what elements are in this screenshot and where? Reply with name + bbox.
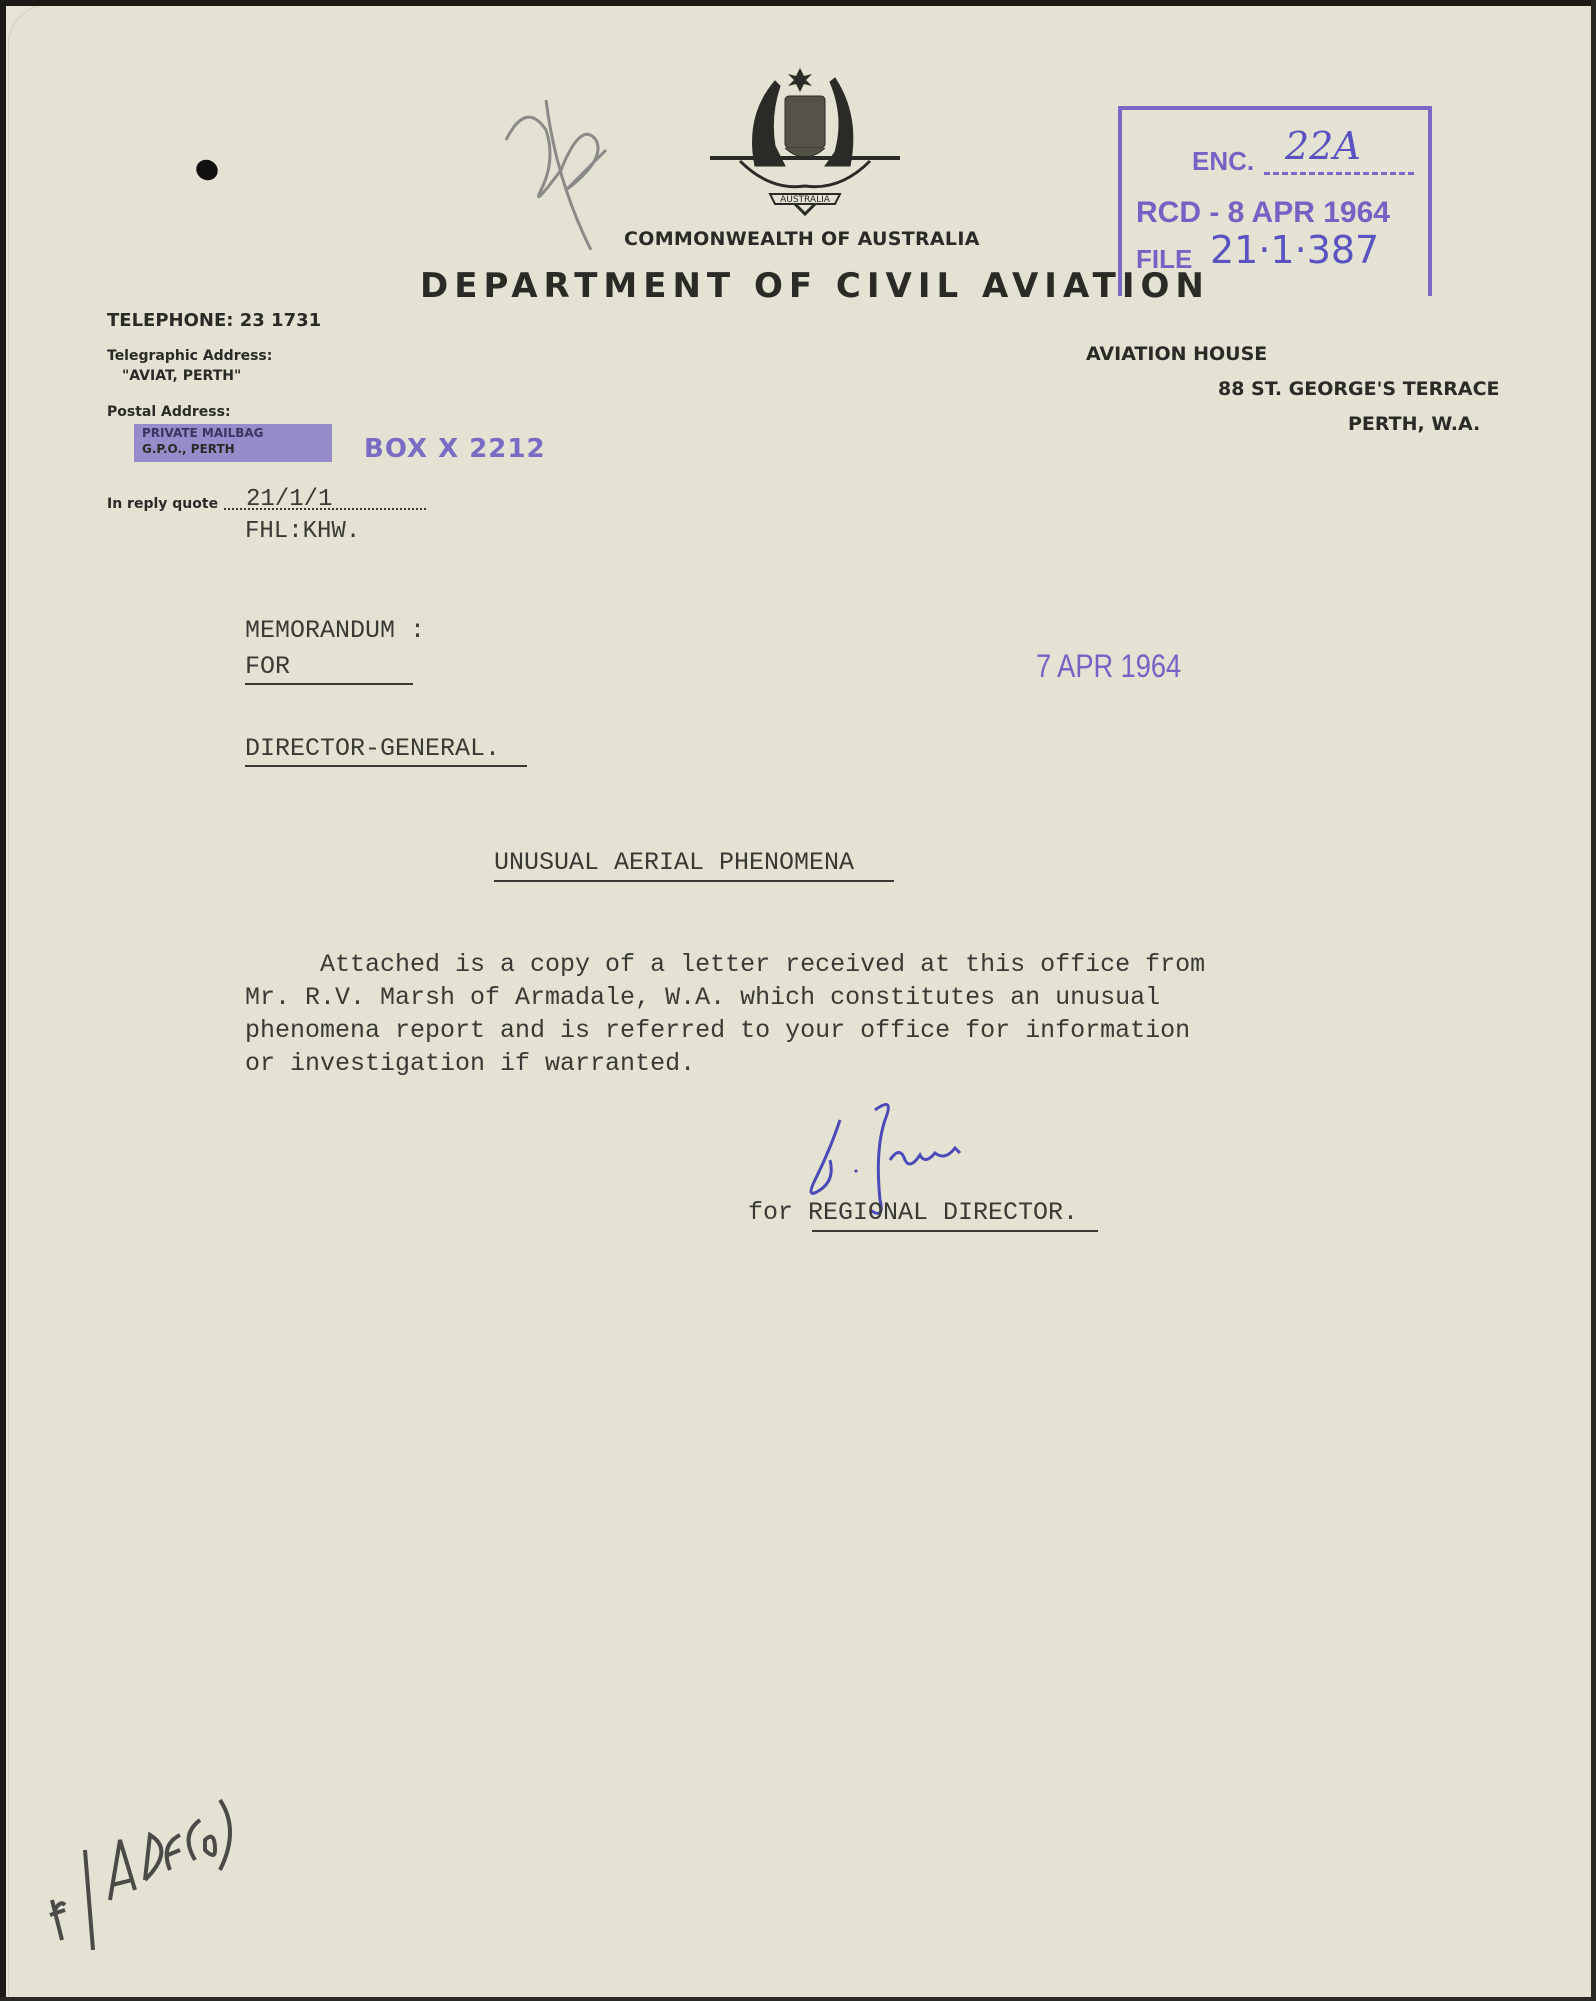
coat-of-arms-icon: AUSTRALIA <box>700 66 910 216</box>
received-date: RCD - 8 APR 1964 <box>1136 196 1390 230</box>
commonwealth-heading: COMMONWEALTH OF AUSTRALIA <box>624 228 980 250</box>
file-number: 21·1·387 <box>1210 228 1379 272</box>
svg-text:AUSTRALIA: AUSTRALIA <box>780 195 831 205</box>
for-underline <box>245 683 413 685</box>
scan-border-left <box>0 0 6 2001</box>
address-line-1: AVIATION HOUSE <box>1086 343 1267 365</box>
enc-line <box>1264 172 1414 175</box>
department-heading: DEPARTMENT OF CIVIL AVIATION <box>420 266 1210 306</box>
enc-label: ENC. <box>1192 146 1254 177</box>
address-line-2: 88 ST. GEORGE'S TERRACE <box>1218 378 1500 400</box>
file-label: FILE <box>1136 244 1192 275</box>
subject-heading: UNUSUAL AERIAL PHENOMENA <box>494 848 854 877</box>
addressee: DIRECTOR-GENERAL. <box>245 734 500 763</box>
enc-value: 22A <box>1285 124 1361 168</box>
memo-body: Attached is a copy of a letter received … <box>245 948 1365 1080</box>
scan-border-bottom <box>0 1997 1596 2001</box>
postal-box-stamp: BOX X 2212 <box>364 434 546 464</box>
date-stamp: 7 APR 1964 <box>1036 648 1181 685</box>
postal-line-2: G.P.O., PERTH <box>142 442 235 456</box>
reply-value: 21/1/1 <box>246 486 332 513</box>
reply-label: In reply quote <box>107 496 218 512</box>
postal-label: Postal Address: <box>107 404 231 420</box>
signature-underline <box>812 1230 1098 1232</box>
memorandum-label: MEMORANDUM : <box>245 616 425 645</box>
address-line-3: PERTH, W.A. <box>1348 413 1480 435</box>
telegraphic-label: Telegraphic Address: <box>107 348 272 364</box>
scan-border-right <box>1591 0 1596 2001</box>
addressee-underline <box>245 765 527 767</box>
telegraphic-value: "AVIAT, PERTH" <box>122 368 241 384</box>
reference-initials: FHL:KHW. <box>245 518 360 545</box>
pencil-file-note <box>40 1790 240 1950</box>
subject-underline <box>494 880 894 882</box>
scan-border-top <box>0 0 1596 6</box>
initials-handwriting <box>496 80 636 250</box>
postal-line-1: PRIVATE MAILBAG <box>142 426 264 440</box>
signature-block: for REGIONAL DIRECTOR. <box>748 1198 1078 1227</box>
telephone: TELEPHONE: 23 1731 <box>107 310 321 331</box>
for-label: FOR <box>245 652 290 681</box>
